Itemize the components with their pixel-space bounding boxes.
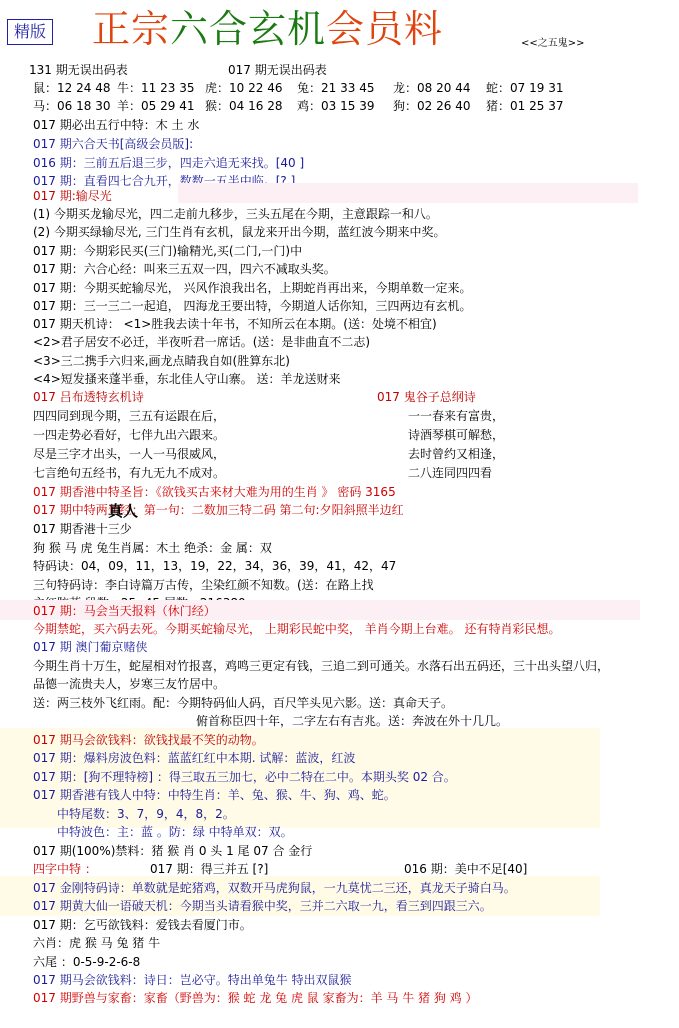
gou-bang: 017 期：[狗不理特榜] ：得三取五三加七，必中二特在二中。本期头奖 02 合… (33, 769, 456, 785)
mahui-baoliao-title: 017 期：马会当天报料（休门经） (33, 603, 216, 619)
shuguang-line: <2>君子居安不必迁，半夜听君一席话。(送：是非曲直不二志) (33, 334, 370, 350)
jingang: 017 金刚特码诗：单数就是蛇猪鸡，双数开马虎狗鼠，一九莫忧二三还，真龙天子骑白… (33, 880, 516, 896)
table-title-left: 131 期无误出码表 (29, 62, 128, 78)
tianshu-title: 017 期六合天书[高级会员版]: (33, 136, 193, 152)
sizi-017: 017 期：得三并五 [?] (150, 861, 268, 877)
sizi-label: 四字中特 ： (33, 861, 97, 877)
zodiac-cell: 龙：08 20 44 (393, 80, 486, 96)
huangdaxian: 017 期黄大仙一语破天机：今期当头请看猴中奖，三并二六取一九，看三到四跟三六。 (33, 898, 492, 914)
poem-left-line: 一四走势必看好，七伴九出六跟来。 (33, 427, 225, 443)
zodiac-cell: 猴：04 16 28 (205, 98, 297, 114)
shuguang-line: 017 期天机诗： <1>胜我去读十年书，不知所云在本期。(送：处境不相宜) (33, 316, 437, 332)
title-part-1: 正宗 (92, 7, 170, 51)
baoliao-bose: 017 期：爆料房波色料：蓝蓝红红中本期. 试解：蓝波，红波 (33, 750, 355, 766)
poem-right-title: 017 鬼谷子总纲诗 (377, 389, 476, 405)
zodiac-cell: 马：06 18 30 (33, 98, 117, 114)
shuguang-line: (1) 今期买龙输尽光，四二走前九移步，三头五尾在今期，主意跟踪一和八。 (33, 206, 438, 222)
shuguang-title: 017 期:输尽光 (33, 188, 112, 204)
poem-left-line: 尽是三字才出头，一人一马很威风， (33, 446, 225, 462)
macau-line: 今期生肖十万生，蛇屋相对竹报喜，鸡鸣三更定有钱，三追二到可通关。水落石出五码还，… (33, 658, 609, 674)
title-part-3: 会员料 (326, 7, 443, 51)
shuguang-line: 017 期：今期彩民买(三门)输精光,买(二门,一门)中 (33, 243, 302, 259)
zodiac-cell: 狗：02 26 40 (393, 98, 486, 114)
hk-shisao-zodiacs: 狗 猴 马 虎 兔生肖属：木土 绝杀：金 属：双 (33, 540, 272, 556)
macau-line: 俯首称臣四十年，二字左右有吉兆。送：奔波在外十几几。 (196, 713, 508, 729)
zodiac-row-2: 马：06 18 30羊：05 29 41猴：04 16 28鸡：03 15 39… (33, 98, 563, 114)
title-part-2: 六合玄机 (170, 7, 326, 51)
poem-right-line: 诗酒琴棋可解愁， (408, 427, 504, 443)
zodiac-cell: 鼠：12 24 48 (33, 80, 117, 96)
jinliao: 017 期(100%)禁料：猪 猴 肖 0 头 1 尾 07 合 金行 (33, 843, 312, 859)
zodiac-row-1: 鼠：12 24 48牛：11 23 35虎：10 22 46兔：21 33 45… (33, 80, 563, 96)
edition-badge: 精版 (7, 19, 53, 45)
liuwei: 六尾 ：0-5-9-2-6-8 (33, 954, 140, 970)
mahui-baoliao-text: 今期禁蛇，买六码去死。今期买蛇输尽光， 上期彩民蛇中奖， 羊肖今期上台难。 还有… (33, 621, 560, 637)
zodiac-cell: 兔：21 33 45 (297, 80, 393, 96)
poem-right-line: 二八连同四四看 (408, 465, 492, 481)
hk-shisao-poem: 三句特码诗：李白诗篇万古传，尘染红颜不知数。(送：在路上找 (33, 577, 374, 593)
hk-youqian-weishu: 中特尾数：3、7，9，4，8，2。 (57, 806, 235, 822)
hk-youqian-bose: 中特波色：主：蓝 。防：绿 中特单双：双。 (57, 824, 293, 840)
hk-youqian-title: 017 期香港有钱人中特：中特生肖：羊、兔、猴、牛、狗、鸡、蛇。 (33, 787, 396, 803)
macau-line: 送：两三枝外飞红雨。配：今期特码仙人码，百尺竿头见六影。送：真命天子。 (33, 695, 453, 711)
shuguang-line: <4>短发搔来蓬半垂，东北佳人守山寨。 送：羊龙送财来 (33, 371, 341, 387)
poem-right-line: 一一春来有富贵， (408, 408, 504, 424)
zodiac-cell: 猪：01 25 37 (486, 98, 563, 114)
sizi-016: 016 期：美中不足[40] (404, 861, 527, 877)
macau-title: 017 期 澳门葡京赌侠 (33, 639, 148, 655)
page-title: 正宗六合玄机会员料 (92, 4, 443, 54)
highlight-band (178, 183, 638, 203)
mahui-shi: 017 期马会欲钱料：诗日：岂必守。特出单兔牛 特出双鼠猴 (33, 972, 352, 988)
zodiac-cell: 牛：11 23 35 (117, 80, 205, 96)
hk-shisao-title: 017 期香港十三少 (33, 521, 132, 537)
poem-left-line: 四四同到现今期，三五有运跟在后， (33, 408, 225, 424)
zodiac-cell: 蛇：07 19 31 (486, 80, 563, 96)
shuguang-line: (2) 今期买绿输尽光, 三门生肖有玄机，鼠龙来开出今期，蓝红波今期来中奖。 (33, 224, 445, 240)
zodiac-cell: 鸡：03 15 39 (297, 98, 393, 114)
zodiac-cell: 虎：10 22 46 (205, 80, 297, 96)
page-subtitle: <<之五鬼>> (521, 34, 585, 49)
wuxing-line: 017 期必出五行中特：木 土 水 (33, 117, 199, 133)
liuxiao: 六肖：虎 猴 马 兔 猪 牛 (33, 935, 160, 951)
shuguang-line: 017 期：六合心经：叫来三五双一四，四六不减取头奖。 (33, 261, 336, 277)
zodiac-cell: 羊：05 29 41 (117, 98, 205, 114)
mahui-yuqian: 017 期马会欲钱料：欲钱找最不笑的动物。 (33, 732, 264, 748)
two-sentences: 017 期中特两句经：第一句：二数加三特二码 第二句:夕阳斜照半边红 (33, 502, 404, 518)
shuguang-line: 017 期：三一三二一起追， 四海龙王要出特，今期道人话你知，三四两边有玄机。 (33, 298, 472, 314)
hk-shisao-numbers: 特码诀：04，09，11，13，19，22，34，36，39，41，42，47 (33, 558, 396, 574)
overlay-text: 真人 (108, 500, 138, 521)
macau-line: 品德一流贵夫人，岁寒三友竹居中。 (33, 676, 225, 692)
poem-left-title: 017 吕布透特玄机诗 (33, 389, 144, 405)
tianshu-016: 016 期：三前五后退三步，四走六追无来找。[40 ] (33, 155, 304, 171)
shuguang-line: 017 期：今期买蛇输尽光， 兴风作浪我出名，上期蛇肖再出来，今期单数一定来。 (33, 280, 472, 296)
poem-right-line: 去时曾约又相逢， (408, 446, 504, 462)
shuguang-line: <3>三二携手六归来,画龙点睛我自如(胜算东北) (33, 353, 290, 369)
poem-left-line: 七言绝句五经书，有九无九不成对。 (33, 465, 225, 481)
qigai: 017 期：乞丐欲钱料：爱钱去看厦门市。 (33, 917, 252, 933)
yeshou: 017 期野兽与家畜：家畜（野兽为：猴 蛇 龙 兔 虎 鼠 家畜为：羊 马 牛 … (33, 990, 478, 1006)
hk-shengzhi: 017 期香港中特圣旨：《欲钱买古来材大难为用的生肖 》 密码 3165 (33, 484, 396, 500)
table-title-right: 017 期无误出码表 (228, 62, 327, 78)
